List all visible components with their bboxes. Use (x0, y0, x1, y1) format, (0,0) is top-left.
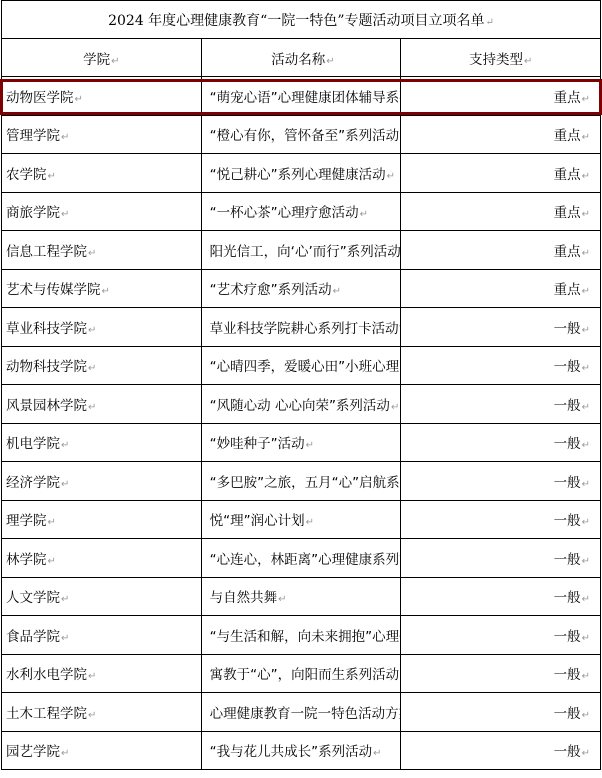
paragraph-mark-icon: ↵ (88, 325, 96, 336)
paragraph-mark-icon: ↵ (61, 748, 69, 759)
college-cell: 经济学院↵ (2, 462, 202, 501)
paragraph-mark-icon: ↵ (75, 94, 83, 105)
college-cell: 风景园林学院↵ (2, 385, 202, 424)
support-type-cell: 一般↵ (401, 577, 601, 616)
paragraph-mark-icon: ↵ (582, 556, 590, 567)
paragraph-mark-icon: ↵ (102, 286, 110, 297)
paragraph-mark-icon: ↵ (582, 94, 590, 105)
paragraph-mark-icon: ↵ (88, 710, 96, 721)
paragraph-mark-icon: ↵ (582, 248, 590, 259)
paragraph-mark-icon: ↵ (582, 633, 590, 644)
support-type-cell: 重点↵ (401, 154, 601, 193)
table-row: 理学院↵悦“理”润心计划↵一般↵ (2, 500, 601, 539)
table-row: 机电学院↵“妙哇种子”活动↵一般↵ (2, 423, 601, 462)
paragraph-mark-icon: ↵ (582, 594, 590, 605)
table-row: 风景园林学院↵“风随心动 心心向荣”系列活动↵一般↵ (2, 385, 601, 424)
table-row: 动物科技学院↵“心晴四季，爱暖心田”小班心理团辅设计大赛↵一般↵ (2, 346, 601, 385)
college-cell: 管理学院↵ (2, 115, 202, 154)
paragraph-mark-icon: ↵ (88, 402, 96, 413)
support-type-cell: 重点↵ (401, 77, 601, 116)
paragraph-mark-icon: ↵ (582, 748, 590, 759)
paragraph-mark-icon: ↵ (582, 517, 590, 528)
activity-cell: “艺术疗愈”系列活动↵ (201, 269, 401, 308)
table-row: 农学院↵“悦己耕心”系列心理健康活动↵重点↵ (2, 154, 601, 193)
table-row: 水利水电学院↵寓教于“心”，向阳而生系列活动↵一般↵ (2, 654, 601, 693)
college-cell: 农学院↵ (2, 154, 202, 193)
document-page: 2024 年度心理健康教育“一院一特色”专题活动项目立项名单↵ 学院↵ 活动名称… (0, 0, 602, 770)
activity-cell: 寓教于“心”，向阳而生系列活动↵ (201, 654, 401, 693)
paragraph-mark-icon: ↵ (373, 748, 381, 759)
college-cell: 人文学院↵ (2, 577, 202, 616)
activity-cell: “风随心动 心心向荣”系列活动↵ (201, 385, 401, 424)
college-cell: 林学院↵ (2, 539, 202, 578)
paragraph-mark-icon: ↵ (582, 325, 590, 336)
table-row: 草业科技学院↵草业科技学院耕心系列打卡活动“记录青春爱，耕种小庆幸”↵一般↵ (2, 308, 601, 347)
paragraph-mark-icon: ↵ (61, 479, 69, 490)
college-cell: 理学院↵ (2, 500, 202, 539)
paragraph-mark-icon: ↵ (48, 517, 56, 528)
table-row: 园艺学院↵“我与花儿共成长”系列活动↵一般↵ (2, 731, 601, 770)
college-cell: 草业科技学院↵ (2, 308, 202, 347)
table-title-row: 2024 年度心理健康教育“一院一特色”专题活动项目立项名单↵ (2, 1, 601, 39)
paragraph-mark-icon: ↵ (582, 286, 590, 297)
paragraph-mark-icon: ↵ (582, 363, 590, 374)
paragraph-mark-icon: ↵ (582, 710, 590, 721)
activity-cell: “我与花儿共成长”系列活动↵ (201, 731, 401, 770)
paragraph-mark-icon: ↵ (387, 171, 395, 182)
paragraph-mark-icon: ↵ (486, 17, 494, 28)
support-type-cell: 一般↵ (401, 308, 601, 347)
activity-cell: 悦“理”润心计划↵ (201, 500, 401, 539)
paragraph-mark-icon: ↵ (88, 671, 96, 682)
paragraph-mark-icon: ↵ (333, 286, 341, 297)
college-cell: 艺术与传媒学院↵ (2, 269, 202, 308)
table-row: 经济学院↵“多巴胺”之旅，五月“心”启航系列活动↵一般↵ (2, 462, 601, 501)
paragraph-mark-icon: ↵ (88, 248, 96, 259)
table-row: 信息工程学院↵阳光信工，向‘心’而行”系列活动↵重点↵ (2, 231, 601, 270)
activity-cell: 阳光信工，向‘心’而行”系列活动↵ (201, 231, 401, 270)
college-cell: 园艺学院↵ (2, 731, 202, 770)
support-type-cell: 一般↵ (401, 693, 601, 732)
table-header-row: 学院↵ 活动名称↵ 支持类型↵ (2, 39, 601, 77)
activity-cell: 草业科技学院耕心系列打卡活动“记录青春爱，耕种小庆幸”↵ (201, 308, 401, 347)
paragraph-mark-icon: ↵ (360, 209, 368, 220)
college-cell: 商旅学院↵ (2, 192, 202, 231)
paragraph-mark-icon: ↵ (61, 132, 69, 143)
activity-cell: “妙哇种子”活动↵ (201, 423, 401, 462)
project-list-table: 2024 年度心理健康教育“一院一特色”专题活动项目立项名单↵ 学院↵ 活动名称… (1, 0, 601, 770)
activity-cell: “心晴四季，爱暖心田”小班心理团辅设计大赛↵ (201, 346, 401, 385)
activity-cell: “萌宠心语”心理健康团体辅导系列活动↵ (201, 77, 401, 116)
support-type-cell: 一般↵ (401, 423, 601, 462)
table-title-text: 2024 年度心理健康教育“一院一特色”专题活动项目立项名单 (108, 13, 484, 29)
college-cell: 信息工程学院↵ (2, 231, 202, 270)
paragraph-mark-icon: ↵ (326, 56, 334, 67)
support-type-cell: 重点↵ (401, 192, 601, 231)
paragraph-mark-icon: ↵ (582, 671, 590, 682)
college-cell: 土木工程学院↵ (2, 693, 202, 732)
college-cell: 机电学院↵ (2, 423, 202, 462)
support-type-cell: 一般↵ (401, 346, 601, 385)
paragraph-mark-icon: ↵ (524, 56, 532, 67)
paragraph-mark-icon: ↵ (88, 363, 96, 374)
table-row: 商旅学院↵“一杯心茶”心理疗愈活动↵重点↵ (2, 192, 601, 231)
paragraph-mark-icon: ↵ (48, 556, 56, 567)
activity-cell: 心理健康教育一院一特色活动方案↵ (201, 693, 401, 732)
table-row: 艺术与传媒学院↵“艺术疗愈”系列活动↵重点↵ (2, 269, 601, 308)
table-title: 2024 年度心理健康教育“一院一特色”专题活动项目立项名单↵ (2, 1, 601, 39)
college-cell: 动物医学院↵ (2, 77, 202, 116)
activity-cell: “悦己耕心”系列心理健康活动↵ (201, 154, 401, 193)
table-row: 食品学院↵“与生活和解，向未来拥抱”心理健康系列活动↵一般↵ (2, 616, 601, 655)
table-row: 人文学院↵与自然共舞↵一般↵ (2, 577, 601, 616)
paragraph-mark-icon: ↵ (582, 209, 590, 220)
support-type-cell: 重点↵ (401, 231, 601, 270)
column-header-college: 学院↵ (2, 39, 202, 77)
paragraph-mark-icon: ↵ (61, 209, 69, 220)
support-type-cell: 一般↵ (401, 616, 601, 655)
support-type-cell: 重点↵ (401, 115, 601, 154)
activity-cell: “多巴胺”之旅，五月“心”启航系列活动↵ (201, 462, 401, 501)
support-type-cell: 一般↵ (401, 731, 601, 770)
college-cell: 动物科技学院↵ (2, 346, 202, 385)
activity-cell: 与自然共舞↵ (201, 577, 401, 616)
paragraph-mark-icon: ↵ (391, 402, 399, 413)
activity-cell: “一杯心茶”心理疗愈活动↵ (201, 192, 401, 231)
paragraph-mark-icon: ↵ (582, 479, 590, 490)
paragraph-mark-icon: ↵ (306, 517, 314, 528)
support-type-cell: 一般↵ (401, 385, 601, 424)
column-header-support: 支持类型↵ (401, 39, 601, 77)
paragraph-mark-icon: ↵ (48, 171, 56, 182)
support-type-cell: 一般↵ (401, 462, 601, 501)
paragraph-mark-icon: ↵ (61, 633, 69, 644)
table-row: 管理学院↵“橙心有你，管怀备至”系列活动↵重点↵ (2, 115, 601, 154)
support-type-cell: 一般↵ (401, 539, 601, 578)
table-row: 土木工程学院↵心理健康教育一院一特色活动方案↵一般↵ (2, 693, 601, 732)
activity-cell: “心连心，林距离”心理健康系列活动↵ (201, 539, 401, 578)
college-cell: 水利水电学院↵ (2, 654, 202, 693)
support-type-cell: 一般↵ (401, 654, 601, 693)
paragraph-mark-icon: ↵ (61, 594, 69, 605)
paragraph-mark-icon: ↵ (278, 594, 286, 605)
activity-cell: “橙心有你，管怀备至”系列活动↵ (201, 115, 401, 154)
paragraph-mark-icon: ↵ (582, 402, 590, 413)
paragraph-mark-icon: ↵ (582, 440, 590, 451)
paragraph-mark-icon: ↵ (582, 171, 590, 182)
table-row: 林学院↵“心连心，林距离”心理健康系列活动↵一般↵ (2, 539, 601, 578)
paragraph-mark-icon: ↵ (582, 132, 590, 143)
activity-cell: “与生活和解，向未来拥抱”心理健康系列活动↵ (201, 616, 401, 655)
support-type-cell: 重点↵ (401, 269, 601, 308)
paragraph-mark-icon: ↵ (111, 56, 119, 67)
paragraph-mark-icon: ↵ (61, 440, 69, 451)
column-header-activity: 活动名称↵ (201, 39, 401, 77)
support-type-cell: 一般↵ (401, 500, 601, 539)
college-cell: 食品学院↵ (2, 616, 202, 655)
paragraph-mark-icon: ↵ (306, 440, 314, 451)
table-row: 动物医学院↵“萌宠心语”心理健康团体辅导系列活动↵重点↵ (2, 77, 601, 116)
